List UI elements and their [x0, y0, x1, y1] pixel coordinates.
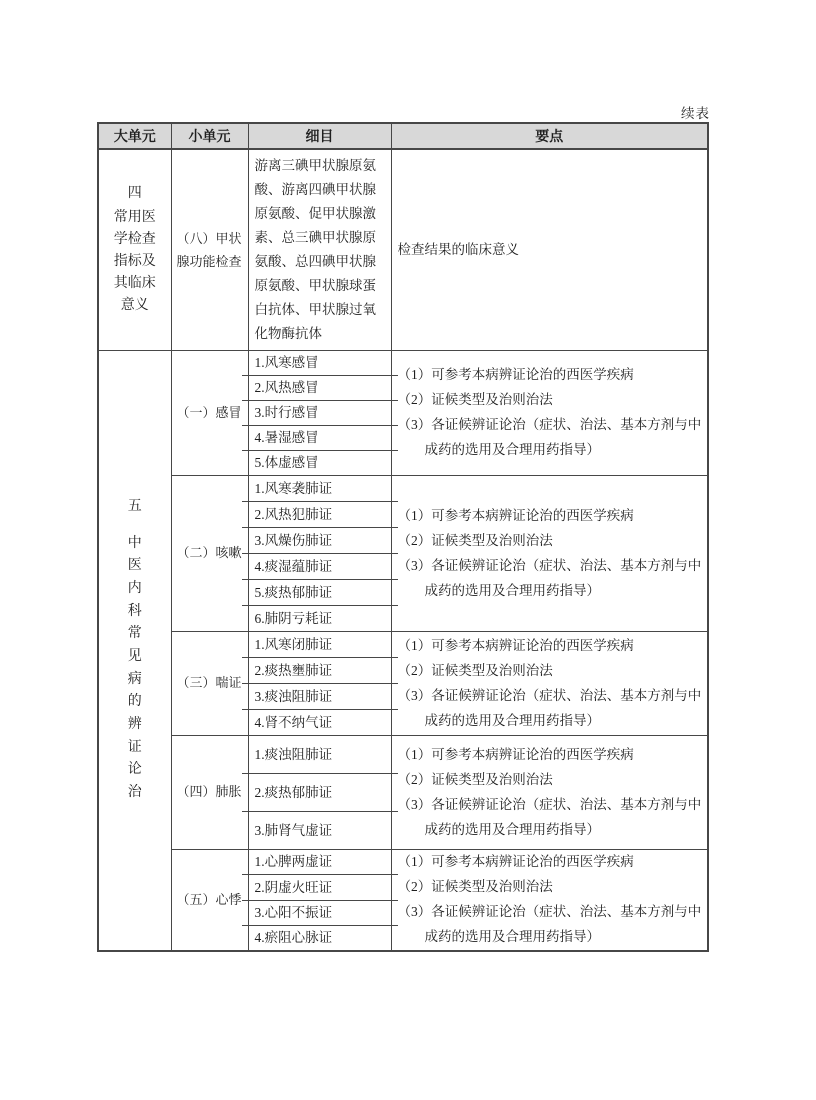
table-row: 四 常用医学检查指标及其临床意义 （八）甲状腺功能检查 游离三碘甲状腺原氨酸、游… [98, 149, 708, 351]
table-header-row: 大单元 小单元 细目 要点 [98, 123, 708, 149]
subunit-cell: （五）心悸 [171, 850, 248, 951]
table-row: （四）肺胀 1.痰浊阻肺证 （1）可参考本病辨证论治的西医学疾病 （2）证候类型… [98, 736, 708, 774]
detail-cell: 3.心阳不振证 [248, 900, 391, 925]
point-item: （2）证候类型及治则治法 [398, 529, 704, 554]
subunit-cell: （三）喘证 [171, 632, 248, 736]
detail-cell: 2.阴虚火旺证 [248, 875, 391, 900]
point-item: （1）可参考本病辨证论治的西医学疾病 [398, 634, 704, 659]
table-row: （五）心悸 1.心脾两虚证 （1）可参考本病辨证论治的西医学疾病 （2）证候类型… [98, 850, 708, 875]
point-item: （3）各证候辨证论治（症状、治法、基本方剂与中成药的选用及合理用药指导） [398, 793, 704, 843]
detail-cell: 2.痰热郁肺证 [248, 774, 391, 812]
points-cell: （1）可参考本病辨证论治的西医学疾病 （2）证候类型及治则治法 （3）各证候辨证… [391, 351, 708, 476]
detail-cell: 3.肺肾气虚证 [248, 812, 391, 850]
detail-cell: 4.瘀阻心脉证 [248, 925, 391, 951]
point-item: （2）证候类型及治则治法 [398, 388, 704, 413]
detail-cell: 4.暑湿感冒 [248, 426, 391, 451]
point-item: （1）可参考本病辨证论治的西医学疾病 [398, 743, 704, 768]
unit-cell-5: 五 中医内科常见病的辨证论治 [98, 351, 171, 951]
point-item: （3）各证候辨证论治（症状、治法、基本方剂与中成药的选用及合理用药指导） [398, 554, 704, 604]
unit-cell-4: 四 常用医学检查指标及其临床意义 [98, 149, 171, 351]
detail-cell: 1.风寒袭肺证 [248, 476, 391, 502]
detail-cell: 3.时行感冒 [248, 401, 391, 426]
point-item: （3）各证候辨证论治（症状、治法、基本方剂与中成药的选用及合理用药指导） [398, 900, 704, 950]
points-cell: 检查结果的临床意义 [391, 149, 708, 351]
table-row: （二）咳嗽 1.风寒袭肺证 （1）可参考本病辨证论治的西医学疾病 （2）证候类型… [98, 476, 708, 502]
column-header-major-unit: 大单元 [98, 123, 171, 149]
table-row: （三）喘证 1.风寒闭肺证 （1）可参考本病辨证论治的西医学疾病 （2）证候类型… [98, 632, 708, 658]
detail-cell: 1.风寒闭肺证 [248, 632, 391, 658]
point-item: （3）各证候辨证论治（症状、治法、基本方剂与中成药的选用及合理用药指导） [398, 413, 704, 463]
subunit-cell: （二）咳嗽 [171, 476, 248, 632]
subunit-cell: （四）肺胀 [171, 736, 248, 850]
subunit-cell: （八）甲状腺功能检查 [171, 149, 248, 351]
column-header-minor-unit: 小单元 [171, 123, 248, 149]
points-cell: （1）可参考本病辨证论治的西医学疾病 （2）证候类型及治则治法 （3）各证候辨证… [391, 736, 708, 850]
unit-title: 中医内科常见病的辨证论治 [127, 533, 143, 805]
unit-number: 四 [99, 183, 171, 205]
detail-cell: 4.肾不纳气证 [248, 710, 391, 736]
column-header-points: 要点 [391, 123, 708, 149]
point-item: （2）证候类型及治则治法 [398, 659, 704, 684]
point-item: （1）可参考本病辨证论治的西医学疾病 [398, 850, 704, 875]
detail-cell: 1.痰浊阻肺证 [248, 736, 391, 774]
unit-title: 常用医学检查指标及其临床意义 [113, 207, 156, 318]
syllabus-table: 大单元 小单元 细目 要点 四 常用医学检查指标及其临床意义 （八）甲状腺功能检… [97, 122, 709, 952]
point-item: （3）各证候辨证论治（症状、治法、基本方剂与中成药的选用及合理用药指导） [398, 684, 704, 734]
point-item: 检查结果的临床意义 [398, 238, 704, 263]
unit-number: 五 [99, 496, 171, 518]
point-item: （1）可参考本病辨证论治的西医学疾病 [398, 363, 704, 388]
subunit-cell: （一）感冒 [171, 351, 248, 476]
detail-cell: 游离三碘甲状腺原氨酸、游离四碘甲状腺原氨酸、促甲状腺激素、总三碘甲状腺原氨酸、总… [248, 149, 391, 351]
detail-cell: 3.风燥伤肺证 [248, 528, 391, 554]
detail-cell: 2.风热犯肺证 [248, 502, 391, 528]
detail-cell: 5.痰热郁肺证 [248, 580, 391, 606]
detail-cell: 5.体虚感冒 [248, 451, 391, 476]
column-header-detail: 细目 [248, 123, 391, 149]
detail-cell: 6.肺阴亏耗证 [248, 606, 391, 632]
detail-cell: 2.风热感冒 [248, 376, 391, 401]
points-cell: （1）可参考本病辨证论治的西医学疾病 （2）证候类型及治则治法 （3）各证候辨证… [391, 850, 708, 951]
point-item: （2）证候类型及治则治法 [398, 768, 704, 793]
detail-cell: 1.心脾两虚证 [248, 850, 391, 875]
table-row: 五 中医内科常见病的辨证论治 （一）感冒 1.风寒感冒 （1）可参考本病辨证论治… [98, 351, 708, 376]
document-page: 续表 大单元 小单元 细目 要点 四 常用医学检查指标及其临床意义 （八）甲状腺… [0, 0, 816, 1100]
points-cell: （1）可参考本病辨证论治的西医学疾病 （2）证候类型及治则治法 （3）各证候辨证… [391, 476, 708, 632]
continued-table-label: 续表 [681, 102, 710, 122]
detail-cell: 1.风寒感冒 [248, 351, 391, 376]
detail-cell: 2.痰热壅肺证 [248, 658, 391, 684]
detail-cell: 4.痰湿蕴肺证 [248, 554, 391, 580]
detail-cell: 3.痰浊阻肺证 [248, 684, 391, 710]
points-cell: （1）可参考本病辨证论治的西医学疾病 （2）证候类型及治则治法 （3）各证候辨证… [391, 632, 708, 736]
point-item: （2）证候类型及治则治法 [398, 875, 704, 900]
point-item: （1）可参考本病辨证论治的西医学疾病 [398, 504, 704, 529]
